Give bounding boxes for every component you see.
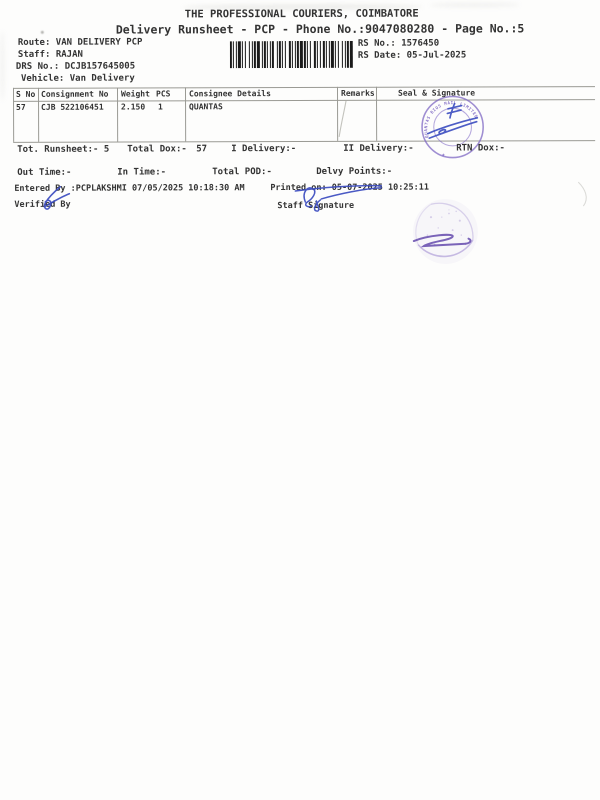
scanned-sheet: QUANTAS BIOS MAIL LIMITED ★: [0, 0, 600, 800]
corner-scan-mark: [578, 182, 586, 206]
signature-staff: [288, 181, 390, 213]
signature-verified-by: [32, 181, 76, 215]
delivery-runsheet-document: QUANTAS BIOS MAIL LIMITED ★: [0, 0, 600, 800]
remarks-slash: [0, 0, 600, 800]
